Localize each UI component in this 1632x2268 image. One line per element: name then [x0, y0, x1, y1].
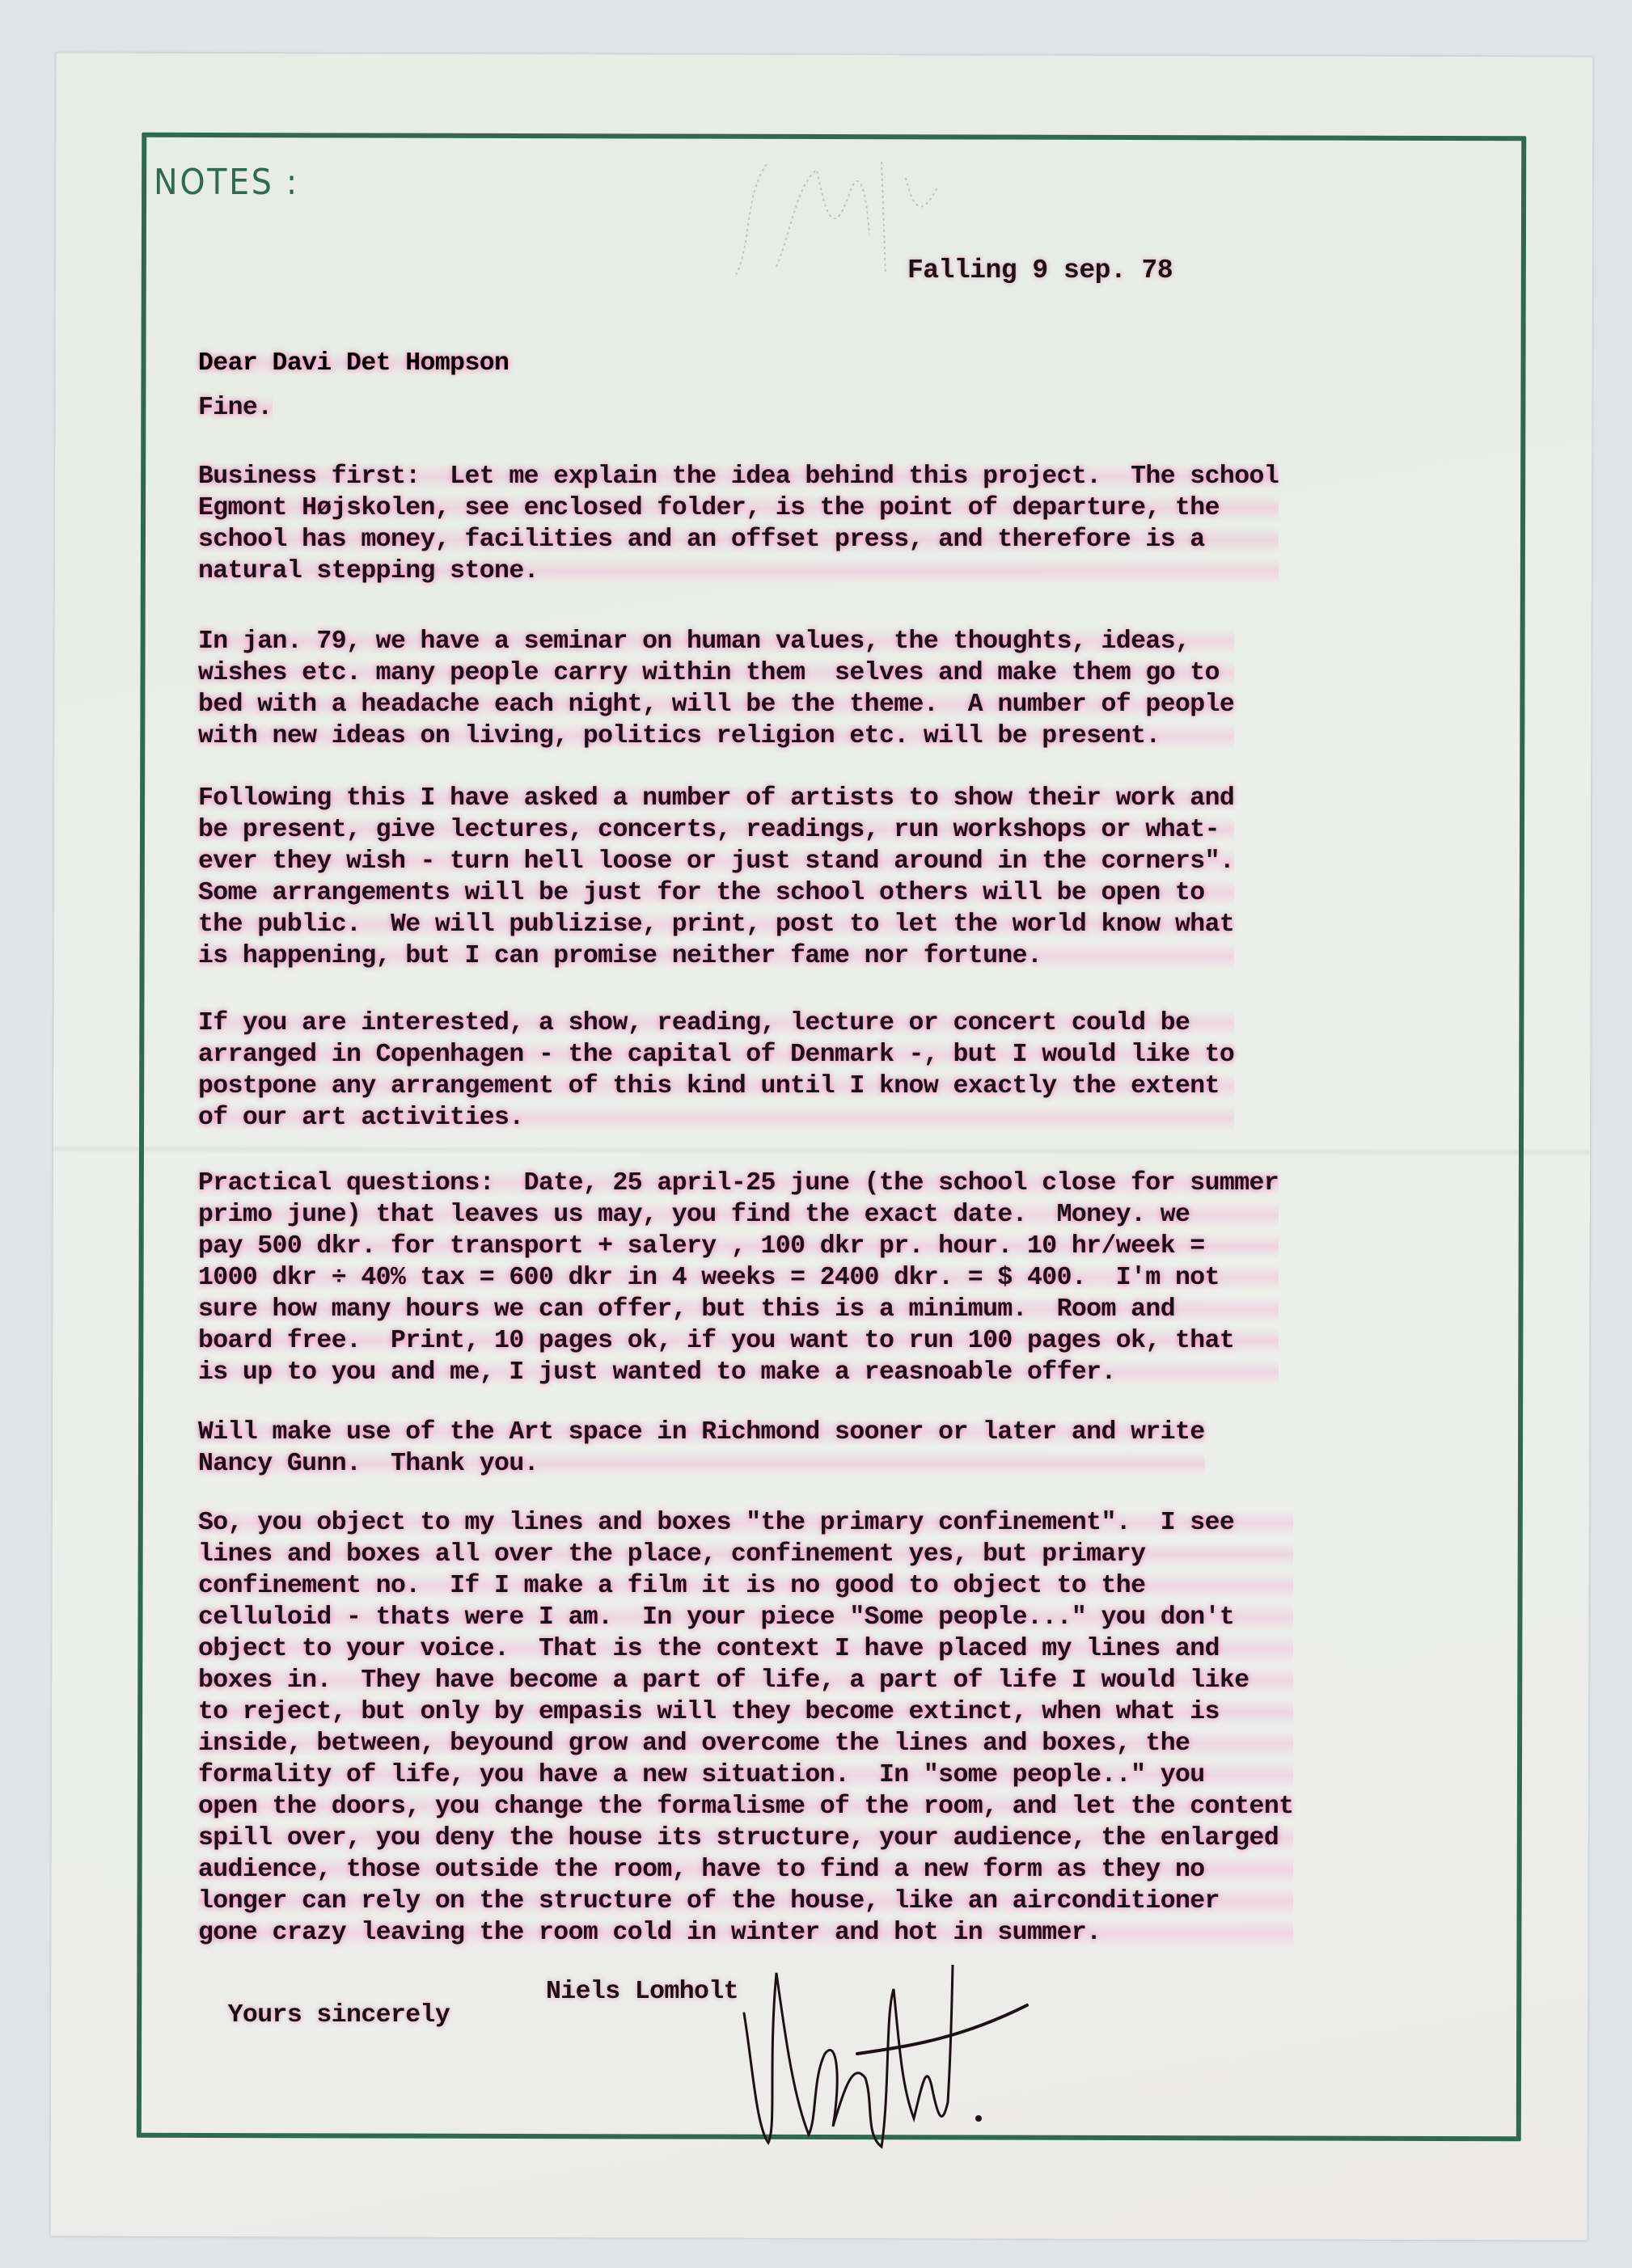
body-line: Business first: Let me explain the idea … [198, 461, 1279, 492]
body-line: to reject, but only by empasis will they… [198, 1696, 1293, 1728]
body-line: the public. We will publizise, print, po… [198, 909, 1234, 940]
body-line: audience, those outside the room, have t… [198, 1854, 1293, 1886]
body-line: bed with a headache each night, will be … [198, 689, 1234, 720]
body-line: Nancy Gunn. Thank you. [198, 1448, 1205, 1480]
paragraph-artists: Following this I have asked a number of … [198, 783, 1234, 972]
body-line: Fine. [198, 392, 273, 424]
paragraph-practical-questions: Practical questions: Date, 25 april-25 j… [198, 1168, 1279, 1388]
place-date: Falling 9 sep. 78 [907, 256, 1173, 285]
body-line: Following this I have asked a number of … [198, 783, 1234, 814]
body-line: of our art activities. [198, 1102, 1234, 1134]
body-line: be present, give lectures, concerts, rea… [198, 814, 1234, 846]
body-line: celluloid - thats were I am. In your pie… [198, 1602, 1293, 1633]
paragraph-business-first: Business first: Let me explain the idea … [198, 461, 1279, 587]
body-line: Some arrangements will be just for the s… [198, 877, 1234, 909]
body-line: In jan. 79, we have a seminar on human v… [198, 626, 1234, 657]
body-line: board free. Print, 10 pages ok, if you w… [198, 1325, 1279, 1357]
closing-block: Yours sincerely Niels Lomholt [198, 1973, 450, 2058]
body-line: gone crazy leaving the room cold in wint… [198, 1917, 1293, 1949]
paragraph-richmond: Will make use of the Art space in Richmo… [198, 1417, 1205, 1480]
body-line: So, you object to my lines and boxes "th… [198, 1507, 1293, 1539]
body-line: confinement no. If I make a film it is n… [198, 1570, 1293, 1602]
body-line: natural stepping stone. [198, 555, 1279, 587]
body-line: lines and boxes all over the place, conf… [198, 1539, 1293, 1570]
body-line: with new ideas on living, politics relig… [198, 720, 1234, 752]
body-line: Will make use of the Art space in Richmo… [198, 1417, 1205, 1448]
body-line: pay 500 dkr. for transport + salery , 10… [198, 1231, 1279, 1262]
body-line: is happening, but I can promise neither … [198, 940, 1234, 972]
body-line: arranged in Copenhagen - the capital of … [198, 1039, 1234, 1071]
paragraph-copenhagen: If you are interested, a show, reading, … [198, 1007, 1234, 1134]
body-line: primo june) that leaves us may, you find… [198, 1199, 1279, 1231]
body-line: Practical questions: Date, 25 april-25 j… [198, 1168, 1279, 1199]
paragraph-seminar: In jan. 79, we have a seminar on human v… [198, 626, 1234, 752]
body-line: open the doors, you change the formalism… [198, 1791, 1293, 1822]
body-line: boxes in. They have become a part of lif… [198, 1665, 1293, 1696]
signer-name: Niels Lomholt [546, 1978, 738, 2006]
body-line: spill over, you deny the house its struc… [198, 1822, 1293, 1854]
body-line: postpone any arrangement of this kind un… [198, 1071, 1234, 1102]
paragraph-fine: Fine. [198, 392, 273, 424]
notes-letterhead-label: NOTES : [154, 162, 299, 203]
body-line: inside, between, beyound grow and overco… [198, 1728, 1293, 1759]
body-line: 1000 dkr ÷ 40% tax = 600 dkr in 4 weeks … [198, 1262, 1279, 1294]
body-line: formality of life, you have a new situat… [198, 1759, 1293, 1791]
body-line: sure how many hours we can offer, but th… [198, 1294, 1279, 1325]
body-line: wishes etc. many people carry within the… [198, 657, 1234, 689]
salutation: Dear Davi Det Hompson [198, 349, 509, 378]
body-line: object to your voice. That is the contex… [198, 1633, 1293, 1665]
paragraph-lines-and-boxes: So, you object to my lines and boxes "th… [198, 1507, 1293, 1949]
body-line: Egmont Højskolen, see enclosed folder, i… [198, 492, 1279, 524]
body-line: is up to you and me, I just wanted to ma… [198, 1357, 1279, 1388]
handwritten-signature-icon [720, 1965, 1059, 2151]
closing-phrase: Yours sincerely [228, 2001, 450, 2029]
body-line: If you are interested, a show, reading, … [198, 1007, 1234, 1039]
body-line: ever they wish - turn hell loose or just… [198, 846, 1234, 877]
body-line: school has money, facilities and an offs… [198, 524, 1279, 555]
body-line: longer can rely on the structure of the … [198, 1886, 1293, 1917]
